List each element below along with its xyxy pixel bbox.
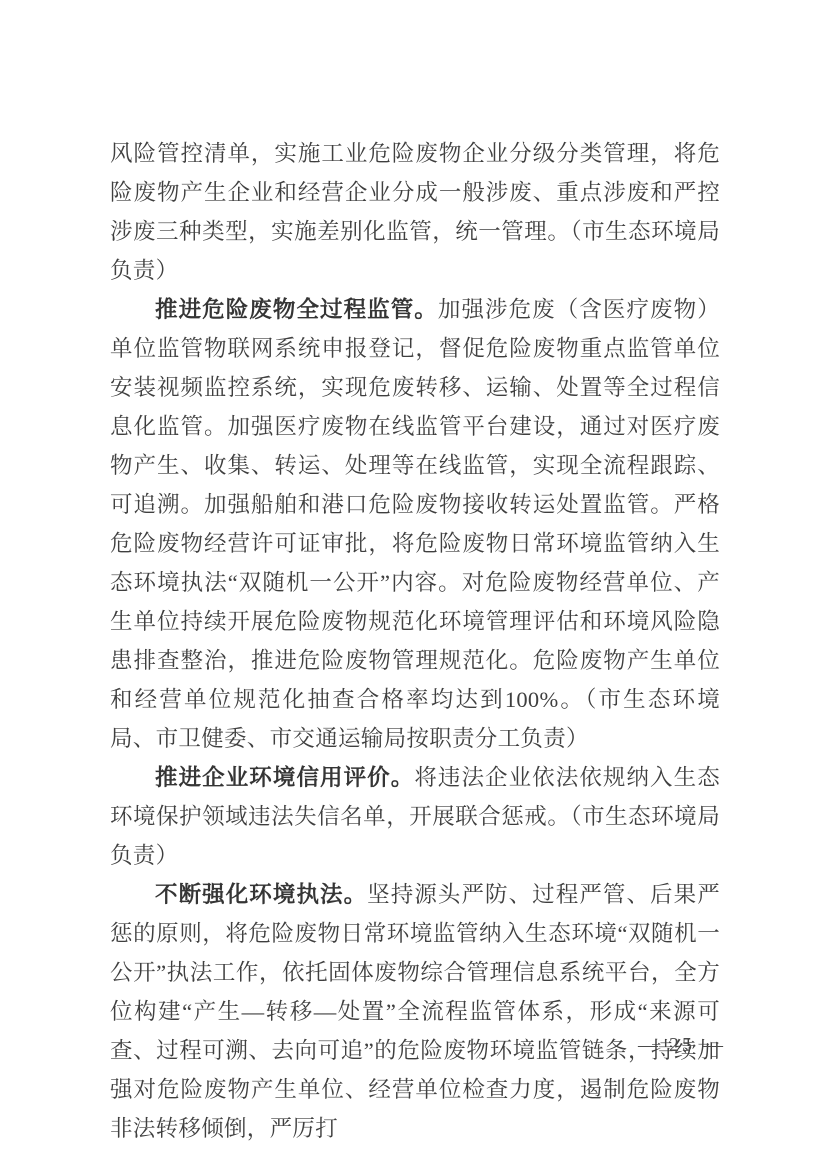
body-text: 风险管控清单，实施工业危险废物企业分级分类管理，将危险废物产生企业和经营企业分成… xyxy=(110,134,720,1148)
paragraph: 推进企业环境信用评价。将违法企业依法依规纳入生态环境保护领域违法失信名单，开展联… xyxy=(110,758,720,875)
paragraph-text: 风险管控清单，实施工业危险废物企业分级分类管理，将危险废物产生企业和经营企业分成… xyxy=(110,141,720,283)
paragraph: 推进危险废物全过程监管。加强涉危废（含医疗废物）单位监管物联网系统申报登记，督促… xyxy=(110,290,720,758)
paragraph-text: 坚持源头严防、过程严管、后果严惩的原则，将危险废物日常环境监管纳入生态环境“双随… xyxy=(110,882,720,1141)
document-page: 风险管控清单，实施工业危险废物企业分级分类管理，将危险废物产生企业和经营企业分成… xyxy=(0,0,826,1168)
paragraph-heading: 不断强化环境执法。 xyxy=(155,882,367,907)
paragraph-heading: 推进危险废物全过程监管。 xyxy=(155,297,438,322)
paragraph-continuation: 风险管控清单，实施工业危险废物企业分级分类管理，将危险废物产生企业和经营企业分成… xyxy=(110,134,720,290)
paragraph-text: 加强涉危废（含医疗废物）单位监管物联网系统申报登记，督促危险废物重点监管单位安装… xyxy=(110,297,720,751)
paragraph-heading: 推进企业环境信用评价。 xyxy=(155,765,414,790)
paragraph: 不断强化环境执法。坚持源头严防、过程严管、后果严惩的原则，将危险废物日常环境监管… xyxy=(110,875,720,1148)
page-number: — 25 — xyxy=(638,1031,726,1059)
